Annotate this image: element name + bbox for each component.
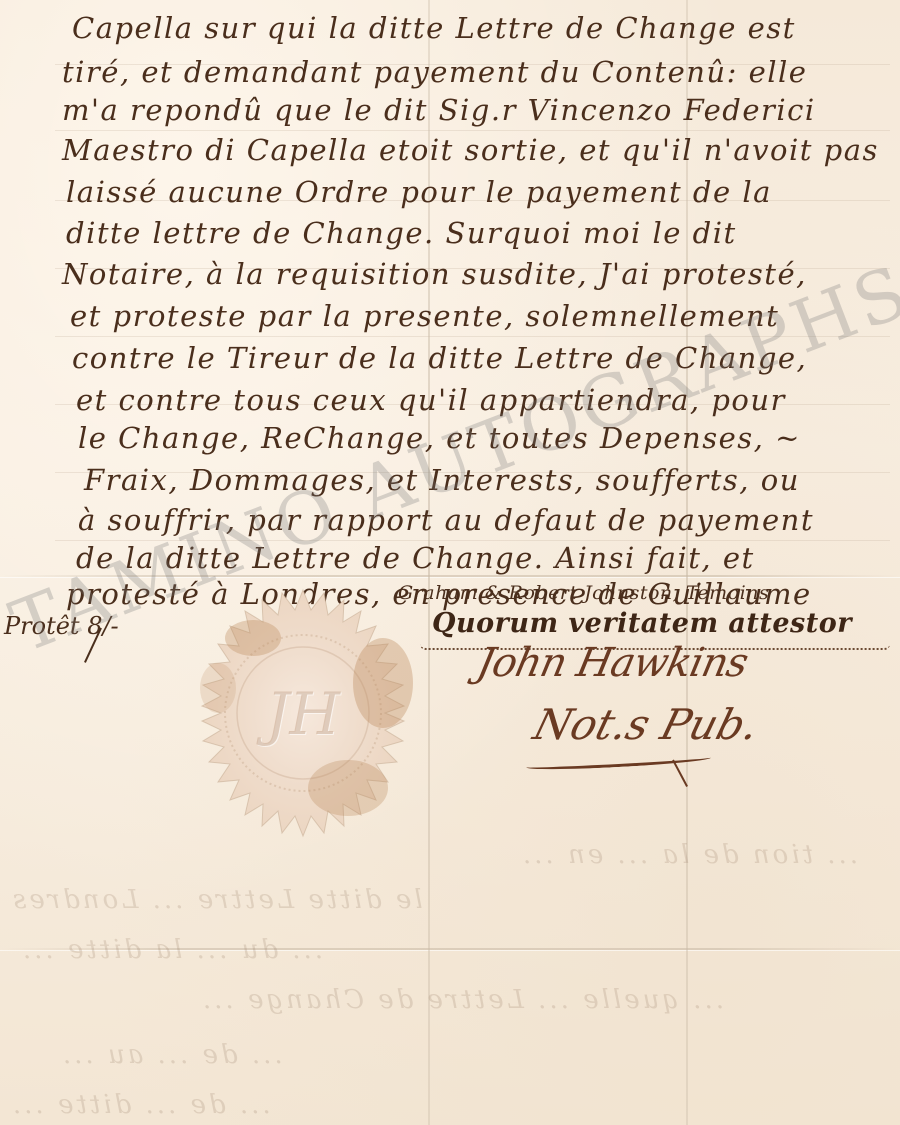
- notarial-seal: JH: [178, 588, 428, 838]
- bleed-through-text: ... de ... au ...: [60, 1040, 283, 1070]
- bleed-through-text: ... tion de la ... en ...: [520, 840, 858, 870]
- bleed-through-text: ... de ... ditte ...: [10, 1090, 271, 1120]
- body-line: et proteste par la presente, solemnellem…: [70, 302, 779, 331]
- bleed-through-text: ... quelle ... Lettre de Change ...: [200, 985, 724, 1015]
- ruled-line: [55, 130, 890, 131]
- body-line: Maestro di Capella etoit sortie, et qu'i…: [62, 136, 879, 165]
- notary-title: Not.s Pub.: [528, 700, 764, 749]
- bleed-through-text: ... du ... la ditte ...: [20, 935, 323, 965]
- body-line: tiré, et demandant payement du Contenû: …: [62, 58, 807, 87]
- bleed-through-text: le ditte Lettre ... Londres: [10, 885, 423, 915]
- body-line: laissé aucune Ordre pour le payement de …: [66, 178, 772, 207]
- body-line: Capella sur qui la ditte Lettre de Chang…: [72, 14, 796, 43]
- notary-signature: John Hawkins: [473, 640, 751, 686]
- attestation-formula: Quorum veritatem attestor: [432, 608, 852, 639]
- witness-names: Graham & Robert Johnston, Temoins: [398, 582, 769, 604]
- seal-initials: JH: [178, 680, 428, 748]
- body-line: ditte lettre de Change. Surquoi moi le d…: [66, 219, 737, 248]
- body-line: Notaire, à la requisition susdite, J'ai …: [62, 260, 807, 289]
- body-line: m'a repondû que le dit Sig.r Vincenzo Fe…: [62, 96, 816, 125]
